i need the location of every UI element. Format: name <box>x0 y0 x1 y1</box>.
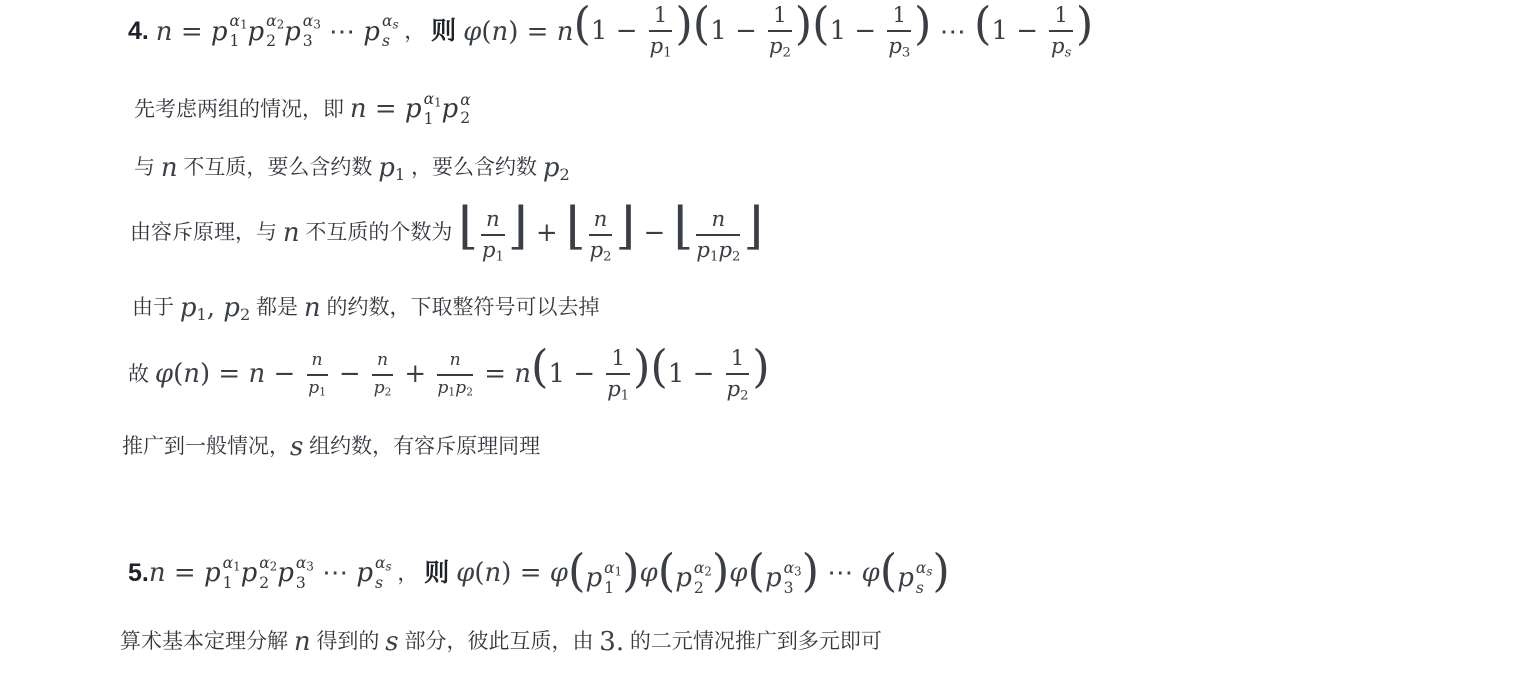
math-run: p1 <box>378 152 405 185</box>
base-with-scripts: pα11 <box>405 92 442 128</box>
base-with-scripts: pα33 <box>765 561 802 597</box>
paren-group: (1 − 1p1) <box>531 347 650 403</box>
text-run: 的约数，下取整符号可以去掉 <box>321 295 600 321</box>
base-with-scripts: pα33 <box>277 556 314 592</box>
base-with-scripts: pα33 <box>284 14 321 50</box>
math-run: 1 − <box>668 359 723 389</box>
close-paren: ) <box>752 340 769 393</box>
floor-group: ⌊np2⌋ <box>566 203 635 264</box>
open-paren: ( <box>693 0 710 50</box>
base-with-scripts: pα11 <box>204 556 241 592</box>
math-run: φ(n) = n <box>463 16 573 49</box>
close-paren: ) <box>712 544 729 597</box>
paren-group: (pαss) <box>880 551 950 596</box>
math-run: 1 − <box>991 16 1046 46</box>
text-run: 得到的 <box>311 629 386 655</box>
text-run: 算术基本定理分解 <box>120 629 294 655</box>
fraction: 1p2 <box>723 347 753 403</box>
floor-right-bracket: ⌋ <box>508 196 528 255</box>
fraction: 1p3 <box>884 4 914 60</box>
close-paren: ) <box>675 0 692 50</box>
open-paren: ( <box>658 544 675 597</box>
text-run: 不互质的个数为 <box>300 220 459 246</box>
fraction: 1p1 <box>603 347 633 403</box>
text-run: ， <box>392 561 425 587</box>
paren-group: (pα22) <box>658 551 730 596</box>
line-fundamental: 算术基本定理分解 n 得到的 s 部分，彼此互质，由 3. 的二元情况推广到多元… <box>120 626 1538 659</box>
line-consider-two: 先考虑两组的情况，即 n = pα11pα2 <box>134 92 1538 128</box>
math-run: − <box>331 358 369 391</box>
fraction: 1p2 <box>765 4 795 60</box>
close-paren: ) <box>932 544 949 597</box>
text-run: 组约数，有容斥原理同理 <box>303 434 540 460</box>
math-run: p1, p2 <box>180 292 250 325</box>
floor-right-bracket: ⌋ <box>743 196 763 255</box>
math-run: + <box>528 217 566 250</box>
line-divisor-floor: 由于 p1, p2 都是 n 的约数，下取整符号可以去掉 <box>132 292 1538 325</box>
math-run: φ <box>640 557 658 590</box>
math-run: 1 − <box>549 359 604 389</box>
math-run: = n <box>476 358 531 391</box>
close-paren: ) <box>795 0 812 50</box>
math-run: ⋯ <box>931 16 974 49</box>
math-run: n <box>283 217 300 250</box>
paren-group: (1 − 1p1) <box>573 4 692 60</box>
open-paren: ( <box>573 0 590 50</box>
floor-right-bracket: ⌋ <box>615 196 635 255</box>
math-run: φ(n) = φ <box>456 557 568 590</box>
text-run: ， <box>398 19 431 45</box>
line-generalize: 推广到一般情况，s 组约数，有容斥原理同理 <box>122 431 1538 464</box>
close-paren: ) <box>914 0 931 50</box>
math-notes-document: 4. n = pα11pα22pα33 ⋯ pαss ， 则 φ(n) = n(… <box>0 4 1538 691</box>
math-run: ⋯ φ <box>819 557 880 590</box>
base-with-scripts: pα22 <box>241 556 278 592</box>
open-paren: ( <box>531 340 548 393</box>
open-paren: ( <box>650 340 667 393</box>
math-run: + <box>396 358 434 391</box>
math-run: s <box>290 431 303 464</box>
close-paren: ) <box>633 340 650 393</box>
fraction: 1ps <box>1046 4 1076 60</box>
math-run: 1 − <box>591 16 646 46</box>
text-run: 不互质，要么含约数 <box>178 155 379 181</box>
line-item-5: 5.n = pα11pα22pα33 ⋯ pαss ， 则 φ(n) = φ(p… <box>128 551 1538 596</box>
math-run: n <box>294 626 311 659</box>
open-paren: ( <box>812 0 829 50</box>
math-run: 1 − <box>830 16 885 46</box>
text-run: 推广到一般情况， <box>122 434 290 460</box>
line-inclusion-exclusion: 由容斥原理，与 n 不互质的个数为 ⌊np1⌋ + ⌊np2⌋ − ⌊np1p2… <box>130 203 1538 264</box>
floor-group: ⌊np1p2⌋ <box>674 203 764 264</box>
bold-text-run: 5. <box>128 558 149 589</box>
base-with-scripts: pαss <box>897 561 932 597</box>
text-run: 都是 <box>250 295 304 321</box>
paren-group: (1 − 1ps) <box>974 4 1093 60</box>
math-run: 3. <box>599 626 624 659</box>
close-paren: ) <box>802 544 819 597</box>
paren-group: (pα11) <box>568 551 640 596</box>
math-run: n <box>304 292 321 325</box>
close-paren: ) <box>1076 0 1093 50</box>
floor-left-bracket: ⌊ <box>458 196 478 255</box>
floor-left-bracket: ⌊ <box>674 196 694 255</box>
math-run: − <box>635 217 673 250</box>
math-run: 1 − <box>710 16 765 46</box>
math-run: s <box>385 626 398 659</box>
base-with-scripts: pαss <box>363 14 398 50</box>
math-run: ⋯ <box>314 557 357 590</box>
math-run: φ <box>729 557 747 590</box>
open-paren: ( <box>747 544 764 597</box>
base-with-scripts: pα11 <box>585 561 622 597</box>
fraction: np2 <box>586 208 616 264</box>
math-run: ⋯ <box>321 16 364 49</box>
floor-group: ⌊np1⌋ <box>458 203 527 264</box>
text-run: 先考虑两组的情况，即 <box>134 97 350 123</box>
close-paren: ) <box>622 544 639 597</box>
fraction: np1p2 <box>693 208 743 264</box>
line-coprime: 与 n 不互质，要么含约数 p1 ，要么含约数 p2 <box>134 152 1538 185</box>
math-run: φ(n) = n − <box>155 358 304 391</box>
math-run: n = <box>156 16 211 49</box>
open-paren: ( <box>880 544 897 597</box>
line-item-4: 4. n = pα11pα22pα33 ⋯ pαss ， 则 φ(n) = n(… <box>128 4 1538 60</box>
base-with-scripts: pα11 <box>211 14 248 50</box>
text-run: 部分，彼此互质，由 <box>399 629 600 655</box>
floor-left-bracket: ⌊ <box>566 196 586 255</box>
fraction: np1 <box>478 208 508 264</box>
text-run: 的二元情况推广到多元即可 <box>624 629 882 655</box>
fraction: np2 <box>369 351 396 398</box>
bold-text-run: 4. <box>128 16 156 47</box>
math-run: n = <box>149 557 204 590</box>
page: { "page": { "colors": { "background": "#… <box>0 0 1538 691</box>
base-with-scripts: pαss <box>356 556 391 592</box>
base-with-scripts: pα22 <box>675 561 712 597</box>
fraction: 1p1 <box>646 4 676 60</box>
fraction: np1 <box>304 351 331 398</box>
math-run: n <box>161 152 178 185</box>
base-with-scripts: pα22 <box>248 14 285 50</box>
text-run: 故 <box>128 362 155 388</box>
paren-group: (pα33) <box>747 551 819 596</box>
open-paren: ( <box>974 0 991 50</box>
text-run: ，要么含约数 <box>405 155 543 181</box>
base-with-scripts: pα2 <box>442 93 471 127</box>
bold-text-run: 则 <box>431 16 463 47</box>
paren-group: (1 − 1p2) <box>693 4 812 60</box>
paren-group: (1 − 1p3) <box>812 4 931 60</box>
math-run: p2 <box>543 152 570 185</box>
line-hence-phi: 故 φ(n) = n − np1 − np2 + np1p2 = n(1 − 1… <box>128 347 1538 403</box>
fraction: np1p2 <box>434 351 476 398</box>
open-paren: ( <box>568 544 585 597</box>
text-run: 与 <box>134 155 161 181</box>
math-run: n = <box>350 93 405 126</box>
text-run: 由容斥原理，与 <box>130 220 283 246</box>
bold-text-run: 则 <box>424 558 456 589</box>
text-run: 由于 <box>132 295 180 321</box>
paren-group: (1 − 1p2) <box>650 347 769 403</box>
